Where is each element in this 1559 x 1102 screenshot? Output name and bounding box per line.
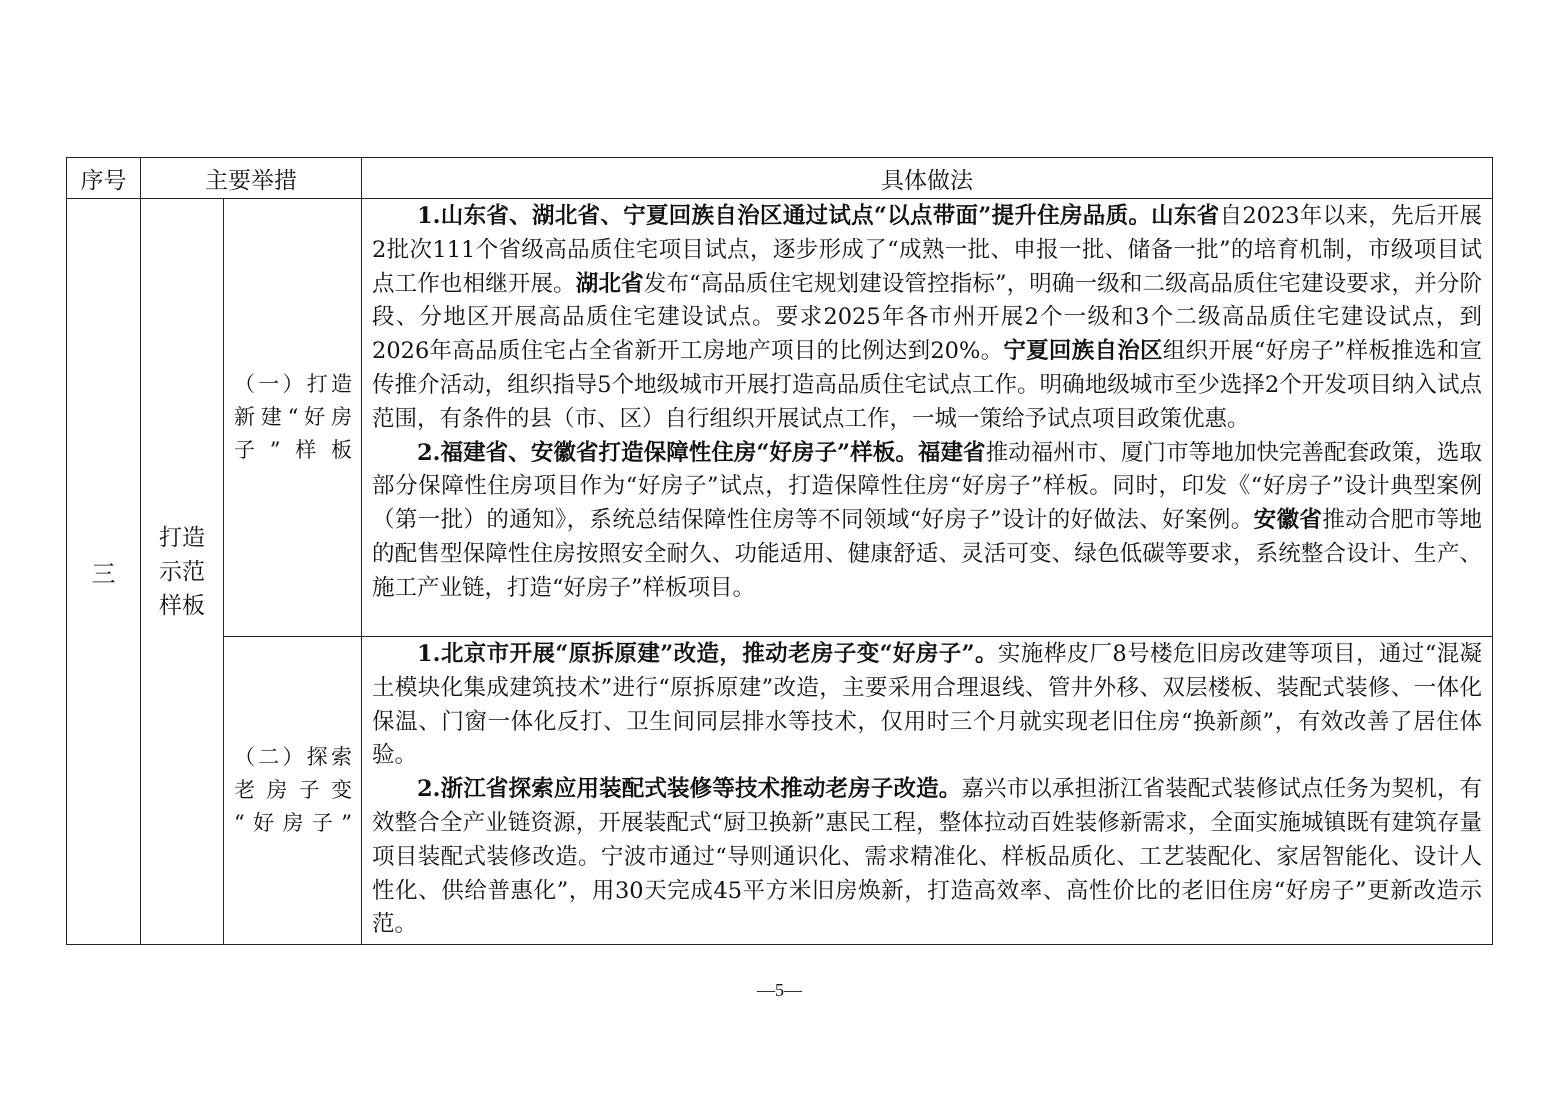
main-measure-line: 示范 (141, 555, 223, 589)
paragraph-heading: 2.福建省、安徽省打造保障性住房“好房子”样板。 (417, 440, 918, 466)
province-name: 山东省 (1151, 203, 1219, 229)
sub-measure-1: （一）打造 新建“好房 子”样板 (224, 199, 362, 637)
detail-cell-1: 1.山东省、湖北省、宁夏回族自治区通过试点“以点带面”提升住房品质。山东省自20… (362, 199, 1493, 637)
header-detail: 具体做法 (362, 158, 1493, 199)
measures-table: 序号 主要举措 具体做法 三 打造 示范 样板 （一）打造 新建“好房 子”样板… (66, 157, 1493, 945)
sub-measure-line: 子”样板 (234, 434, 353, 467)
main-measure: 打造 示范 样板 (141, 199, 224, 945)
sub-measure-2: （二）探索 老房子变 “好房子” (224, 637, 362, 945)
table-row: 三 打造 示范 样板 （一）打造 新建“好房 子”样板 1.山东省、湖北省、宁夏… (67, 199, 1493, 637)
header-measure: 主要举措 (141, 158, 362, 199)
paragraph-heading: 1.北京市开展“原拆原建”改造，推动老房子变“好房子”。 (417, 641, 998, 667)
table-header-row: 序号 主要举措 具体做法 (67, 158, 1493, 199)
province-name: 安徽省 (1254, 507, 1323, 533)
sub-measure-line: （一）打造 (234, 368, 353, 401)
table-row: （二）探索 老房子变 “好房子” 1.北京市开展“原拆原建”改造，推动老房子变“… (67, 637, 1493, 945)
detail-paragraph: 1.北京市开展“原拆原建”改造，推动老房子变“好房子”。实施桦皮厂8号楼危旧房改… (372, 638, 1482, 773)
main-measure-line: 样板 (141, 589, 223, 623)
province-name: 福建省 (918, 440, 986, 466)
province-name: 湖北省 (576, 271, 644, 297)
detail-paragraph: 2.福建省、安徽省打造保障性住房“好房子”样板。福建省推动福州市、厦门市等地加快… (372, 437, 1482, 606)
paragraph-heading: 2.浙江省探索应用装配式装修等技术推动老房子改造。 (417, 776, 961, 802)
main-measure-line: 打造 (141, 521, 223, 555)
section-number: 三 (67, 199, 141, 945)
paragraph-heading: 1.山东省、湖北省、宁夏回族自治区通过试点“以点带面”提升住房品质。 (417, 203, 1151, 229)
detail-paragraph: 2.浙江省探索应用装配式装修等技术推动老房子改造。嘉兴市以承担浙江省装配式装修试… (372, 773, 1482, 942)
detail-cell-2: 1.北京市开展“原拆原建”改造，推动老房子变“好房子”。实施桦皮厂8号楼危旧房改… (362, 637, 1493, 945)
detail-paragraph: 1.山东省、湖北省、宁夏回族自治区通过试点“以点带面”提升住房品质。山东省自20… (372, 200, 1482, 437)
province-name: 宁夏回族自治区 (1003, 338, 1162, 364)
header-seq: 序号 (67, 158, 141, 199)
sub-measure-line: “好房子” (234, 807, 353, 840)
sub-measure-line: （二）探索 (234, 741, 353, 774)
page-number: —5— (0, 980, 1559, 1001)
sub-measure-line: 老房子变 (234, 774, 353, 807)
sub-measure-line: 新建“好房 (234, 401, 353, 434)
